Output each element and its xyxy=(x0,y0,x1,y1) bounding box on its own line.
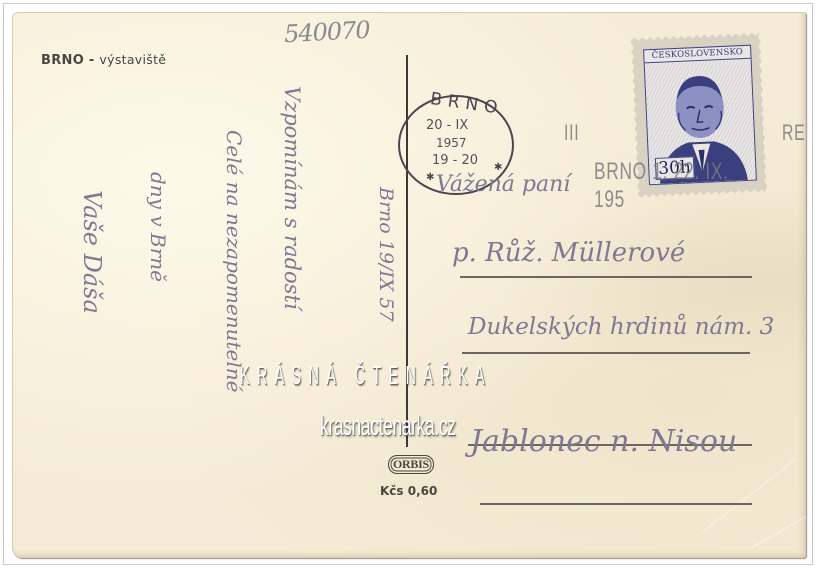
address-line xyxy=(480,503,752,505)
title-separator: - xyxy=(84,53,99,68)
address-line xyxy=(460,276,752,278)
cancel-fragment-left: III xyxy=(564,120,579,146)
handwritten-message-line: Vzpomínám s radostí xyxy=(280,86,304,310)
address-line xyxy=(462,352,750,354)
handwritten-city: Jablonec n. Nisou xyxy=(470,424,737,459)
postcard: BRNO - výstaviště 540070 NAVŠTIVTE III R… xyxy=(12,12,806,558)
reference-number: 540070 xyxy=(283,16,370,48)
crease-mark xyxy=(752,507,806,548)
handwritten-message-line: dny v Brně xyxy=(146,172,170,282)
handwritten-message-line: Celé na nezapomenutelné xyxy=(222,130,246,392)
printed-title: BRNO - výstaviště xyxy=(41,52,166,68)
postmark-star-icon: ✱ xyxy=(426,172,434,183)
handwritten-date: Brno 19/IX 57 xyxy=(375,187,397,322)
handwritten-street: Dukelských hrdinů nám. 3 xyxy=(468,314,774,340)
title-subtitle: výstaviště xyxy=(99,52,166,67)
crease-mark xyxy=(702,458,797,533)
postmark-year: 1957 xyxy=(436,136,467,150)
watermark-url: krasnactenarka.cz xyxy=(320,410,456,442)
cancel-fragment-right: REN xyxy=(782,120,806,146)
price-label: Kčs 0,60 xyxy=(380,484,437,498)
publisher-logo: ORBIS xyxy=(388,455,434,474)
handwritten-recipient: p. Růž. Müllerové xyxy=(452,238,685,268)
postmark-date: 20 - IX xyxy=(426,118,468,133)
handwritten-salutation: Vážená paní xyxy=(436,172,570,197)
title-city: BRNO xyxy=(41,53,84,68)
handwritten-signature: Vaše Dáša xyxy=(78,190,106,314)
postmark-time: 19 - 20 xyxy=(432,153,478,168)
cancel-date-line: BRNO 1. 22. IX. 195 xyxy=(594,158,747,214)
watermark-title: KRÁSNÁ ČTENÁŘKA xyxy=(240,360,492,391)
